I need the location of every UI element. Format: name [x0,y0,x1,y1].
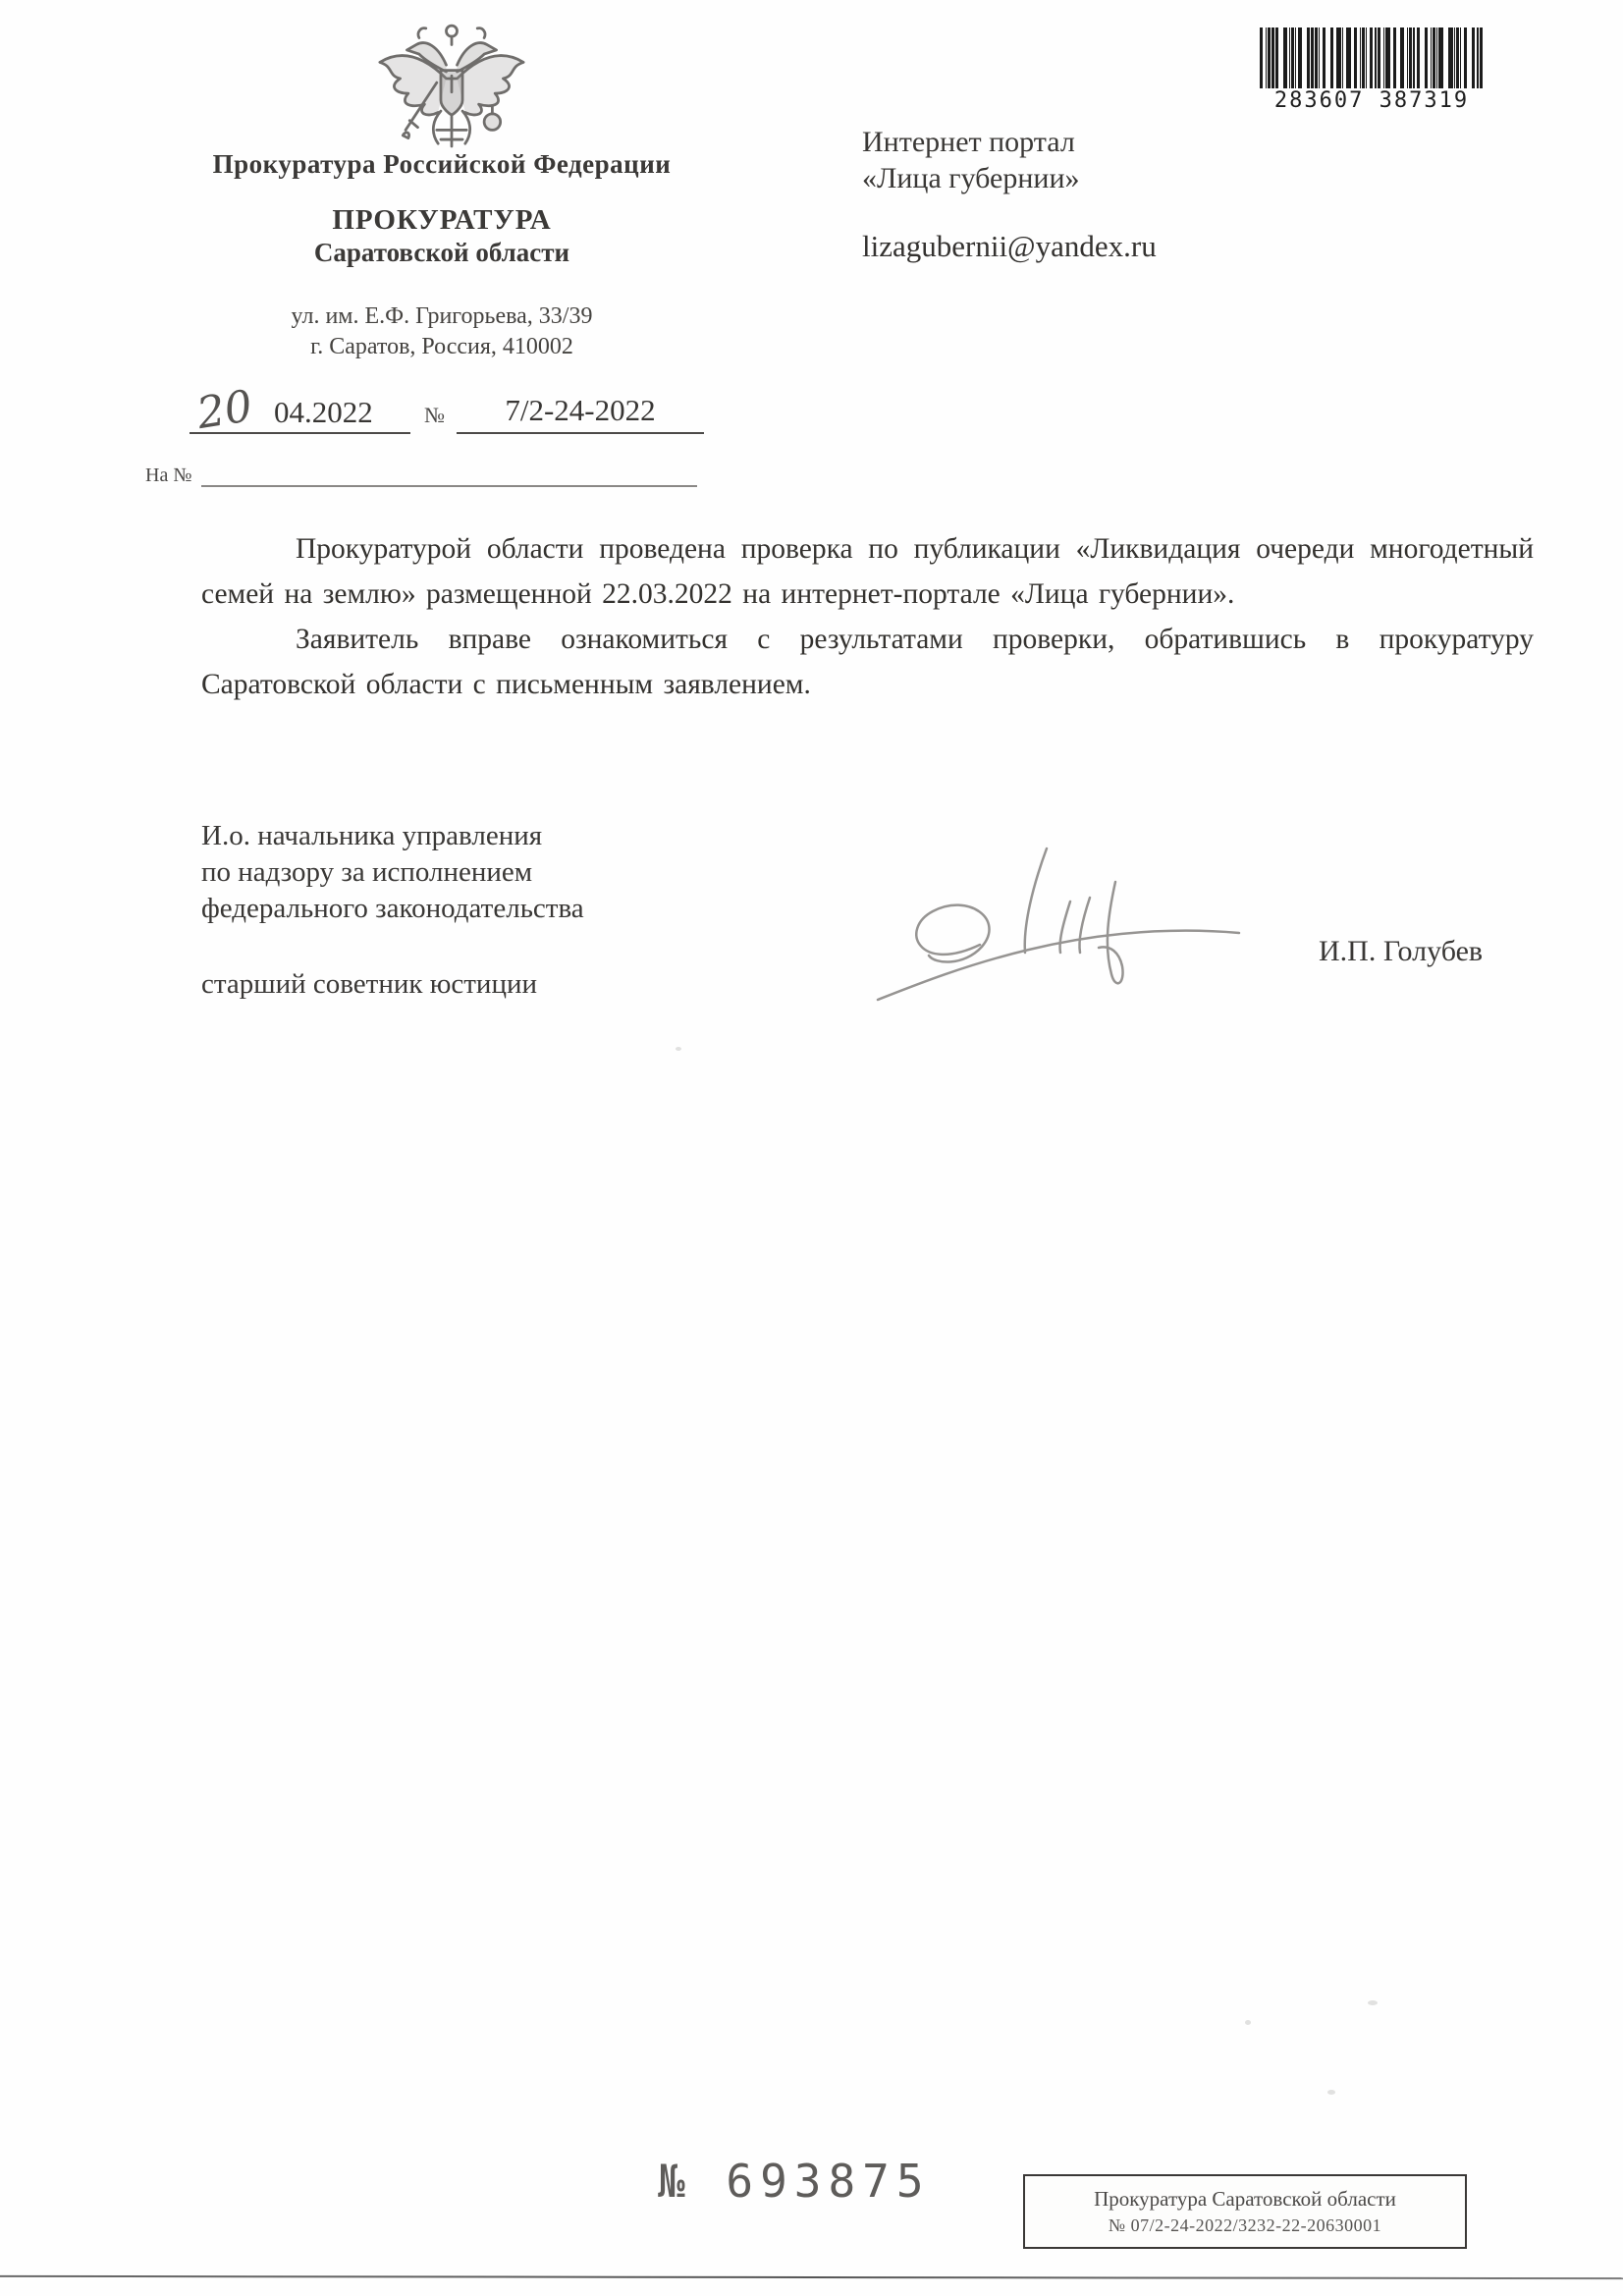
recipient-email: lizagubernii@yandex.ru [862,228,1157,264]
org-address-line1: ул. им. Е.Ф. Григорьева, 33/39 [118,301,766,332]
position-line2: по надзору за исполнением [201,854,584,891]
org-address-line2: г. Саратов, Россия, 410002 [118,332,766,362]
recipient-block: Интернет портал «Лица губернии» lizagube… [862,124,1157,264]
recipient-line2: «Лица губернии» [862,160,1157,196]
number-sign-label: № [424,403,445,428]
letter-body: Прокуратурой области проведена проверка … [201,526,1534,707]
org-federal-title: Прокуратура Российской Федерации [118,149,766,180]
stamp-org-name: Прокуратура Саратовской области [1025,2187,1465,2212]
in-reply-to-blank-line [201,464,697,487]
recipient-line1: Интернет портал [862,124,1157,160]
barcode-digits: 283607 387319 [1260,88,1484,113]
in-reply-to-label: На № [145,465,191,487]
date-month-year: 04.2022 [274,395,373,430]
stamp-reg-number: № 07/2-24-2022/3232-22-20630001 [1025,2215,1465,2236]
barcode-icon [1260,27,1484,90]
signatory-name: И.П. Голубев [1319,935,1483,968]
letterhead-org-block: Прокуратура Российской Федерации ПРОКУРА… [118,149,766,362]
signatory-rank: старший советник юстиции [201,966,584,1003]
scan-paper-edge [0,2275,1623,2279]
in-reply-to-row: На № [145,464,697,487]
registration-number-stamp: № 693875 [658,2155,931,2208]
handwritten-day: 20 [194,387,255,434]
org-region: Саратовской области [118,237,766,268]
scan-noise [1327,2090,1335,2095]
scan-noise [1245,2020,1251,2025]
scan-noise [1368,2000,1378,2005]
scanned-letter-page: Прокуратура Российской Федерации ПРОКУРА… [0,0,1623,2296]
position-line1: И.о. начальника управления [201,818,584,854]
org-address: ул. им. Е.Ф. Григорьева, 33/39 г. Сарато… [118,301,766,362]
reference-row: 20 04.2022 № 7/2-24-2022 [189,391,704,434]
russian-coat-of-arms-icon [368,22,535,157]
position-line3: федерального законодательства [201,891,584,927]
registration-stamp-box: Прокуратура Саратовской области № 07/2-2… [1023,2174,1467,2249]
org-name: ПРОКУРАТУРА [118,203,766,237]
date-field: 20 04.2022 [189,391,410,434]
handwritten-signature-icon [874,825,1247,1011]
body-paragraph-2: Заявитель вправе ознакомиться с результа… [201,617,1534,707]
outgoing-number-field: 7/2-24-2022 [457,393,704,434]
document-barcode: 283607 387319 [1260,27,1484,113]
signatory-position-block: И.о. начальника управления по надзору за… [201,818,584,1003]
body-paragraph-1: Прокуратурой области проведена проверка … [201,526,1534,617]
scan-noise [676,1047,681,1051]
